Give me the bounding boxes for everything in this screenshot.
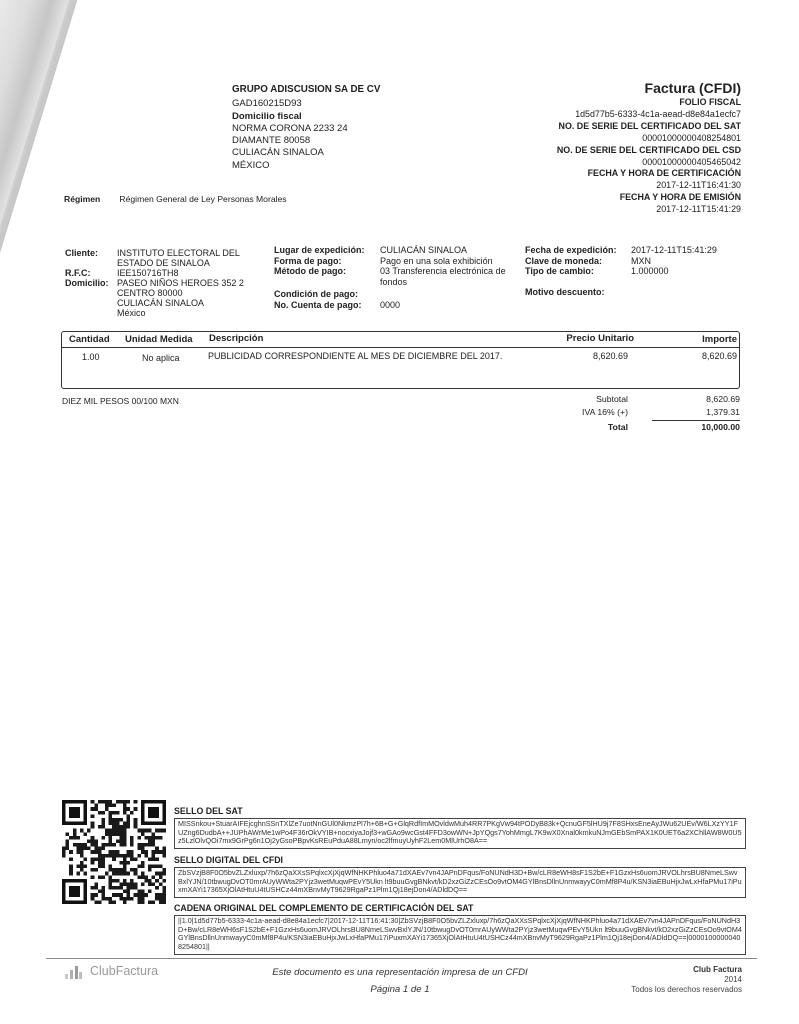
- folio-fiscal-label: FOLIO FISCAL: [557, 97, 741, 109]
- amount-in-words: DIEZ MIL PESOS 00/100 MXN: [62, 396, 179, 406]
- subtotal-value: 8,620.69: [706, 393, 740, 406]
- row-unidad: No aplica: [142, 353, 180, 363]
- fecha-exp-label: Fecha de expedición:: [525, 245, 631, 256]
- total-value: 10,000.00: [701, 421, 740, 434]
- client-address-line: México: [117, 308, 244, 318]
- totals-block: Subtotal 8,620.69 IVA 16% (+) 1,379.31 T…: [540, 393, 740, 434]
- certification-date-label: FECHA Y HORA DE CERTIFICACIÓN: [557, 168, 741, 180]
- issuer-address-line: MÉXICO: [232, 160, 380, 172]
- client-address-label: Domicilio:: [65, 278, 117, 288]
- client-rfc: IEE150716TH8: [117, 268, 244, 278]
- col-precio: Precio Unitario: [566, 333, 634, 344]
- regimen-label: Régimen: [64, 194, 117, 204]
- client-label: Cliente:: [65, 248, 117, 258]
- invoice-header: Factura (CFDI) FOLIO FISCAL 1d5d77b5-633…: [557, 80, 741, 216]
- moneda-label: Clave de moneda:: [525, 256, 631, 267]
- metodo-value-cont: fondos: [380, 277, 506, 288]
- printed-representation-notice: Este documento es una representación imp…: [200, 964, 600, 981]
- footer-year: 2014: [631, 975, 742, 985]
- col-descripcion: Descripción: [209, 333, 263, 344]
- issuer-address-label: Domicilio fiscal: [232, 111, 380, 123]
- client-name-line: INSTITUTO ELECTORAL DEL: [117, 248, 244, 258]
- logo-bars-icon: [64, 962, 84, 980]
- footer-divider: [46, 958, 757, 959]
- payment-block: Lugar de expedición: CULIACÁN SINALOA Fo…: [274, 245, 506, 310]
- condicion-value: [380, 287, 506, 300]
- emission-date-label: FECHA Y HORA DE EMISIÓN: [557, 192, 741, 204]
- certification-date-value: 2017-12-11T16:41:30: [557, 180, 741, 192]
- sello-sat-label: SELLO DEL SAT: [174, 806, 243, 816]
- cuenta-value: 0000: [380, 300, 506, 311]
- iva-value: 1,379.31: [706, 406, 740, 419]
- row-precio: 8,620.69: [593, 351, 628, 361]
- items-table: Cantidad Unidad Medida Descripción Preci…: [61, 331, 740, 389]
- row-descripcion: PUBLICIDAD CORRESPONDIENTE AL MES DE DIC…: [208, 351, 502, 361]
- sat-cert-label: NO. DE SERIE DEL CERTIFICADO DEL SAT: [557, 121, 741, 133]
- row-importe: 8,620.69: [702, 351, 737, 361]
- invoice-title: Factura (CFDI): [557, 80, 741, 97]
- logo-text: ClubFactura: [90, 964, 158, 978]
- col-unidad: Unidad Medida: [125, 334, 193, 345]
- motivo-label: Motivo descuento:: [525, 277, 631, 298]
- client-address-line: CULIACÁN SINALOA: [117, 298, 244, 308]
- issuer-address-line: DIAMANTE 80058: [232, 135, 380, 147]
- csd-cert-value: 00001000000405465042: [557, 157, 741, 169]
- client-rfc-label: R.F.C:: [65, 268, 117, 278]
- moneda-value: MXN: [631, 256, 717, 267]
- sello-cfdi-label: SELLO DIGITAL DEL CFDI: [174, 855, 283, 865]
- iva-label: IVA 16% (+): [582, 406, 628, 419]
- cambio-label: Tipo de cambio:: [525, 266, 631, 277]
- footer-notice: Este documento es una representación imp…: [200, 964, 600, 998]
- col-cantidad: Cantidad: [69, 334, 110, 345]
- cadena-original-label: CADENA ORIGINAL DEL COMPLEMENTO DE CERTI…: [174, 903, 473, 913]
- client-address-line: PASEO NIÑOS HEROES 352 2: [117, 278, 244, 288]
- col-importe: Importe: [702, 334, 737, 345]
- sello-cfdi-value: ZbSVzjB8F0O5bvZLZxluxp/7h6zQaXXsSPqlxcXj…: [174, 867, 746, 898]
- issuer-block: GRUPO ADISCUSION SA DE CV GAD160215D93 D…: [232, 84, 380, 172]
- cambio-value: 1.000000: [631, 266, 717, 277]
- subtotal-label: Subtotal: [596, 393, 628, 406]
- sat-cert-value: 00001000000408254801: [557, 133, 741, 145]
- lugar-value: CULIACÁN SINALOA: [380, 245, 506, 256]
- total-label: Total: [608, 421, 628, 434]
- footer-rights: Todos los derechos reservados: [631, 985, 742, 995]
- regimen-row: Régimen Régimen General de Ley Personas …: [64, 194, 287, 204]
- issuer-name: GRUPO ADISCUSION SA DE CV: [232, 84, 380, 96]
- emission-date-value: 2017-12-11T15:41:29: [557, 204, 741, 216]
- items-table-header: Cantidad Unidad Medida Descripción Preci…: [62, 332, 739, 348]
- clubfactura-logo: ClubFactura: [64, 962, 158, 980]
- issuer-address-line: NORMA CORONA 2233 24: [232, 123, 380, 135]
- page-number: Página 1 de 1: [200, 981, 600, 998]
- cadena-original-value: ||1.0|1d5d77b5-6333-4c1a-aead-d8e84a1ecf…: [174, 915, 746, 955]
- forma-label: Forma de pago:: [274, 256, 380, 267]
- metodo-label: Método de pago:: [274, 266, 380, 277]
- client-name-line: ESTADO DE SINALOA: [117, 258, 244, 268]
- client-address-line: CENTRO 80000: [117, 288, 244, 298]
- metodo-value: 03 Transferencia electrónica de: [380, 266, 506, 277]
- folio-fiscal-value: 1d5d77b5-6333-4c1a-aead-d8e84a1ecfc7: [557, 109, 741, 121]
- client-block: Cliente: INSTITUTO ELECTORAL DEL ESTADO …: [65, 248, 244, 318]
- lugar-label: Lugar de expedición:: [274, 245, 380, 256]
- qr-code: [62, 800, 166, 904]
- csd-cert-label: NO. DE SERIE DEL CERTIFICADO DEL CSD: [557, 145, 741, 157]
- expedition-block: Fecha de expedición: 2017-12-11T15:41:29…: [525, 245, 717, 297]
- footer-brand: Club Factura 2014 Todos los derechos res…: [631, 965, 742, 995]
- footer-brand-name: Club Factura: [631, 965, 742, 975]
- issuer-address-line: CULIACÁN SINALOA: [232, 147, 380, 159]
- row-cantidad: 1.00: [82, 352, 100, 362]
- sello-sat-value: MISSnkou+StuarAIFEjcghnSSnTXlZe7uotNnGUl…: [174, 818, 746, 849]
- condicion-label: Condición de pago:: [274, 287, 380, 300]
- motivo-value: [631, 277, 717, 298]
- cuenta-label: No. Cuenta de pago:: [274, 300, 380, 311]
- issuer-rfc: GAD160215D93: [232, 98, 380, 110]
- fecha-exp-value: 2017-12-11T15:41:29: [631, 245, 717, 256]
- forma-value: Pago en una sola exhibición: [380, 256, 506, 267]
- regimen-value: Régimen General de Ley Personas Morales: [119, 194, 286, 204]
